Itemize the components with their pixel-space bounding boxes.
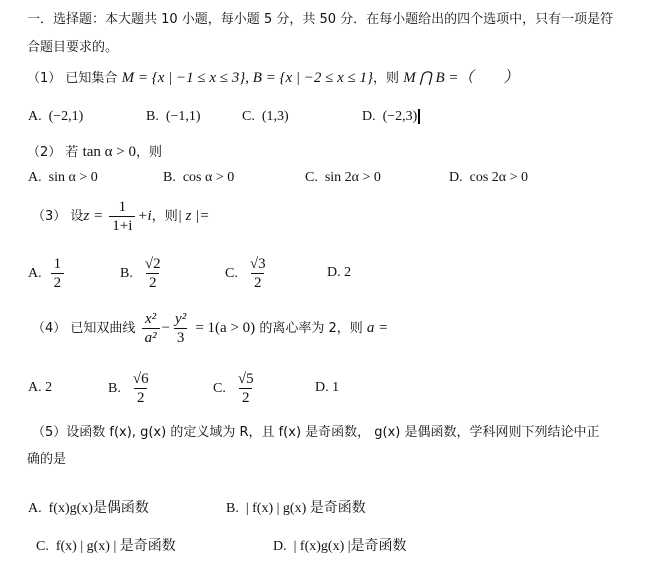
question-4-option-d: D. 1 — [315, 379, 339, 397]
text-cursor — [418, 109, 420, 124]
question-2-option-a: A. sin α > 0 — [28, 169, 98, 187]
question-1-option-d: D. (−2,3) — [362, 108, 420, 126]
question-number: （3） — [32, 209, 66, 224]
question-text: ，则 — [373, 71, 399, 86]
question-3-option-c: C. √32 — [225, 254, 271, 294]
math-expression: | z |= — [178, 208, 210, 224]
question-number: （1） — [27, 71, 61, 86]
math-expression: = 1(a > 0) — [195, 320, 255, 336]
section-header-line-2: 合题目要求的。 — [27, 39, 118, 57]
question-number: （5） — [32, 425, 66, 440]
question-text: ，则 — [136, 145, 162, 160]
question-1-option-a: A. (−2,1) — [28, 108, 83, 126]
question-1-stem: （1） 已知集合 M = {x | −1 ≤ x ≤ 3}, B = {x | … — [27, 69, 519, 88]
question-4-option-c: C. √52 — [213, 369, 259, 409]
question-number: （4） — [32, 321, 66, 336]
question-4-option-b: B. √62 — [108, 369, 154, 409]
fraction: y²3 — [172, 311, 189, 347]
question-number: （2） — [27, 145, 61, 160]
question-3-stem: （3） 设z = 11+i+i，则| z |= — [32, 196, 209, 237]
minus-sign: − — [162, 320, 170, 336]
question-5-option-a: A. f(x)g(x)是偶函数 — [28, 500, 149, 518]
question-2-option-d: D. cos 2α > 0 — [449, 169, 528, 187]
question-3-option-b: B. √22 — [120, 254, 166, 294]
question-5-option-d: D. | f(x)g(x) |是奇函数 — [273, 538, 407, 556]
question-text: 设 — [70, 209, 83, 224]
question-1-option-c: C. (1,3) — [242, 108, 289, 126]
question-2-option-c: C. sin 2α > 0 — [305, 169, 381, 187]
question-text: 的离心率为 2，则 — [259, 321, 362, 336]
question-2-stem: （2） 若 tan α > 0，则 — [27, 143, 162, 162]
question-3-option-d: D. 2 — [327, 264, 351, 282]
question-5-option-b: B. | f(x) | g(x) 是奇函数 — [226, 500, 366, 518]
question-5-option-c: C. f(x) | g(x) | 是奇函数 — [36, 538, 176, 556]
question-1-option-b: B. (−1,1) — [146, 108, 201, 126]
question-5-stem-line-1: （5）设函数 f(x), g(x) 的定义域为 R，且 f(x) 是奇函数， g… — [32, 424, 600, 442]
question-2-option-b: B. cos α > 0 — [163, 169, 234, 187]
fraction: 11+i — [109, 199, 135, 235]
question-text: ，则 — [152, 209, 178, 224]
math-expression: tan α > 0 — [83, 144, 136, 160]
math-expression: +i — [137, 208, 151, 224]
math-expression: M = {x | −1 ≤ x ≤ 3}, B = {x | −2 ≤ x ≤ … — [122, 70, 373, 86]
section-header-line-1: 一．选择题：本大题共 10 小题，每小题 5 分，共 50 分．在每小题给出的四… — [27, 11, 613, 29]
fraction: x²a² — [142, 311, 160, 347]
question-text: 若 — [65, 145, 78, 160]
math-expression: M ⋂ B =（ ） — [403, 70, 518, 86]
math-variable: z = — [83, 208, 103, 224]
math-expression: a = — [367, 320, 388, 336]
question-text: 已知集合 — [65, 71, 117, 86]
question-text: 设函数 f(x), g(x) 的定义域为 R，且 f(x) 是奇函数， g(x)… — [66, 425, 599, 440]
question-3-option-a: A. 12 — [28, 254, 66, 294]
question-text: 已知双曲线 — [70, 321, 135, 336]
question-5-stem-line-2: 确的是 — [27, 451, 66, 469]
question-4-option-a: A. 2 — [28, 379, 52, 397]
question-4-stem: （4） 已知双曲线 x²a²−y²3 = 1(a > 0) 的离心率为 2，则 … — [32, 308, 388, 349]
